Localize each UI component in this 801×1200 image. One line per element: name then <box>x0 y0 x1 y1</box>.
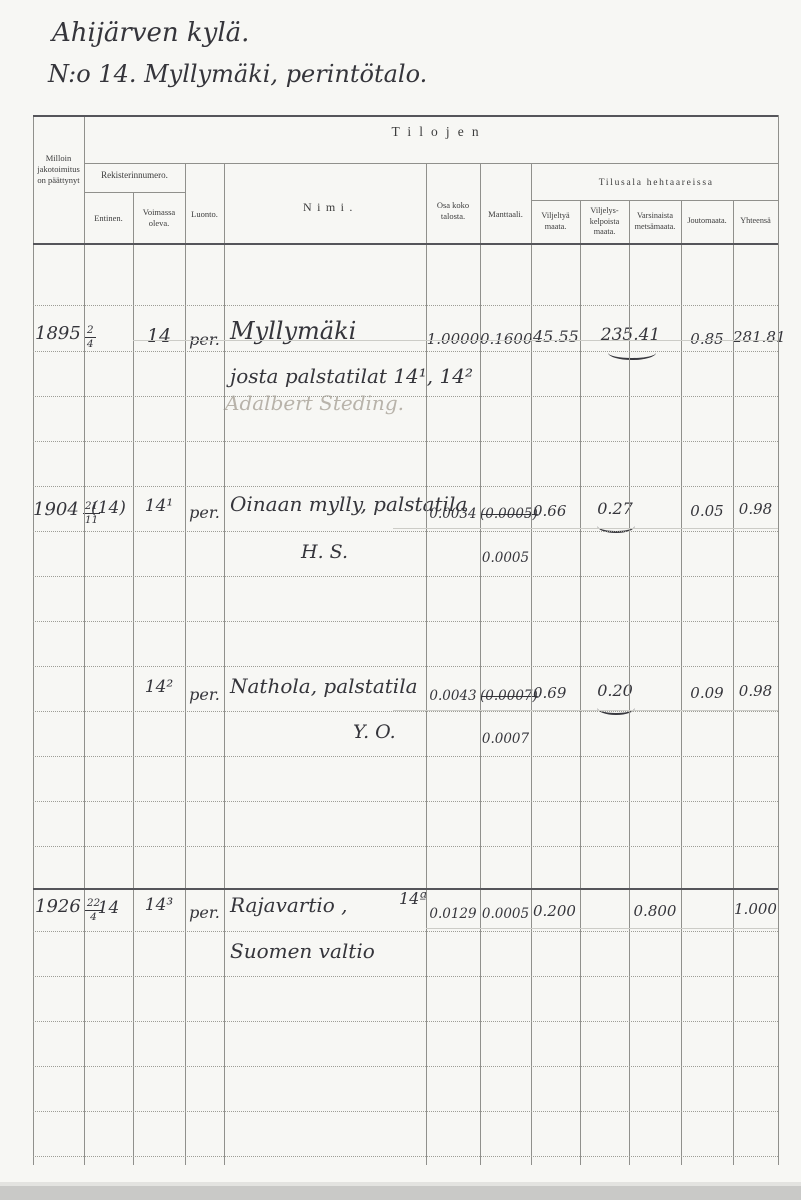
col-header-nature: Luonto. <box>185 209 224 220</box>
row3-owner-initials: Y. O. <box>353 723 396 743</box>
row4-date-year: 1926 <box>35 896 81 917</box>
row2-nature: per. <box>185 505 224 522</box>
village-title: Ahijärven kylä. <box>52 20 249 47</box>
col-header-when: Milloin jakotoimitus on päättynyt <box>33 153 84 186</box>
row3-waste: 0.09 <box>681 686 733 702</box>
grid-line <box>33 666 778 667</box>
col-header-share: Osa koko talosta. <box>426 200 480 222</box>
grid-line <box>33 621 778 622</box>
row4-name: Rajavartio , <box>230 895 348 916</box>
row3-share: 0.0043 <box>426 689 480 703</box>
row2-mantal-struck: (0.0005) <box>480 507 531 521</box>
row2-reg-former: (14) <box>84 500 133 518</box>
row4-owner: Suomen valtio <box>230 941 375 962</box>
table-title: Tilojen <box>84 123 786 141</box>
row1-cultivated: 45.55 <box>533 329 579 346</box>
row3-reg-current: 14² <box>133 679 185 697</box>
row4-share: 0.0129 <box>426 907 480 921</box>
col-header-register: Rekisterinnumero. <box>84 170 185 182</box>
row4-mantal: 0.0005 <box>480 907 531 921</box>
row2-reg-current: 14¹ <box>133 498 185 516</box>
row2-waste: 0.05 <box>681 504 733 520</box>
col-header-name: Nimi. <box>224 200 431 216</box>
scanned-register-page: { "page_header": { "village": "Ahijärven… <box>0 0 801 1200</box>
row1-date-den: 4 <box>87 338 94 350</box>
row4-nature: per. <box>185 905 224 922</box>
row2-total: 0.98 <box>733 502 778 518</box>
col-header-cultivated: Viljeltyä maata. <box>531 211 580 232</box>
row1-date-num: 2 <box>85 325 96 338</box>
grid-line <box>133 192 134 1165</box>
register-table: Tilojen Milloin jakotoimitus on päättyny… <box>33 115 778 1170</box>
row2-span-value: 0.27 <box>580 501 650 518</box>
grid-line <box>33 531 778 532</box>
grid-line <box>33 1111 778 1112</box>
estate-title: N:o 14. Myllymäki, perintötalo. <box>48 62 427 87</box>
grid-line <box>224 163 225 1165</box>
grid-line <box>33 441 778 442</box>
grid-line <box>84 192 185 193</box>
row1-date-fraction: 24 <box>85 325 96 349</box>
scan-edge-shadow <box>0 1186 801 1200</box>
row2-cultivated: 0.66 <box>533 504 566 520</box>
row4-forest: 0.800 <box>629 904 681 920</box>
grid-line <box>33 976 778 977</box>
row1-span-value: 235.41 <box>580 327 681 345</box>
col-header-total: Yhteensä <box>733 216 778 227</box>
grid-line <box>33 396 778 397</box>
grid-line <box>133 340 778 341</box>
grid-line <box>531 200 778 201</box>
row1-name-note: josta palstatilat 14¹, 14² <box>230 366 473 387</box>
grid-line <box>426 928 778 929</box>
grid-line <box>33 351 778 352</box>
grid-line <box>480 163 481 1165</box>
grid-line <box>531 163 532 1165</box>
grid-line <box>33 1156 778 1157</box>
grid-line <box>84 163 778 164</box>
row3-span-value: 0.20 <box>580 683 650 700</box>
grid-line <box>185 163 186 1165</box>
grid-line <box>33 711 778 712</box>
col-header-cultivable: Viljelys­kelpoista maata. <box>580 206 629 238</box>
grid-line <box>33 756 778 757</box>
grid-line <box>33 1066 778 1067</box>
grid-line <box>33 305 778 306</box>
row4-name-suffix: 14ª <box>399 891 427 908</box>
row3-mantal-struck: (0.0007) <box>480 689 531 703</box>
grid-line <box>33 243 778 245</box>
row1-date: 189524 <box>35 325 96 349</box>
row2-owner-initials: H. S. <box>301 543 348 563</box>
row4-reg-former: 14 <box>84 900 133 918</box>
grid-line <box>33 115 778 117</box>
row2-date-year: 1904 <box>33 499 79 520</box>
grid-line <box>33 1021 778 1022</box>
col-header-area-group: Tilusala hehtaareissa <box>531 177 780 189</box>
grid-line <box>393 528 778 529</box>
col-header-current: Voimassa oleva. <box>133 207 185 229</box>
row1-span-brace <box>608 352 656 360</box>
col-header-waste: Joutomaata. <box>681 216 733 227</box>
grid-line <box>84 115 85 1165</box>
row1-date-year: 1895 <box>35 323 81 344</box>
grid-line <box>33 801 778 802</box>
grid-line <box>33 846 778 847</box>
row4-reg-current: 14³ <box>133 897 185 915</box>
row3-cultivated: 0.69 <box>533 686 566 702</box>
grid-line <box>426 163 427 1165</box>
grid-line <box>33 115 34 1165</box>
row3-mantal-corrected: 0.0007 <box>480 732 531 746</box>
row3-total: 0.98 <box>733 684 778 700</box>
grid-line <box>33 931 778 932</box>
grid-line <box>33 888 778 890</box>
grid-line <box>33 486 778 487</box>
col-header-forest: Varsinaista metsämaata. <box>629 211 681 232</box>
row4-total: 1.000 <box>733 902 778 918</box>
grid-line <box>778 115 779 1165</box>
grid-line <box>33 576 778 577</box>
col-header-mantal: Manttaali. <box>480 209 531 220</box>
row1-reg-current: 14 <box>133 327 185 347</box>
row4-cultivated: 0.200 <box>533 904 576 920</box>
row3-nature: per. <box>185 687 224 704</box>
row2-share: 0.0034 <box>426 507 480 521</box>
row3-name: Nathola, palstatila <box>230 676 418 697</box>
col-header-former: Entinen. <box>84 213 133 224</box>
row1-total: 281.81 <box>733 330 778 346</box>
row2-mantal-corrected: 0.0005 <box>480 551 531 565</box>
